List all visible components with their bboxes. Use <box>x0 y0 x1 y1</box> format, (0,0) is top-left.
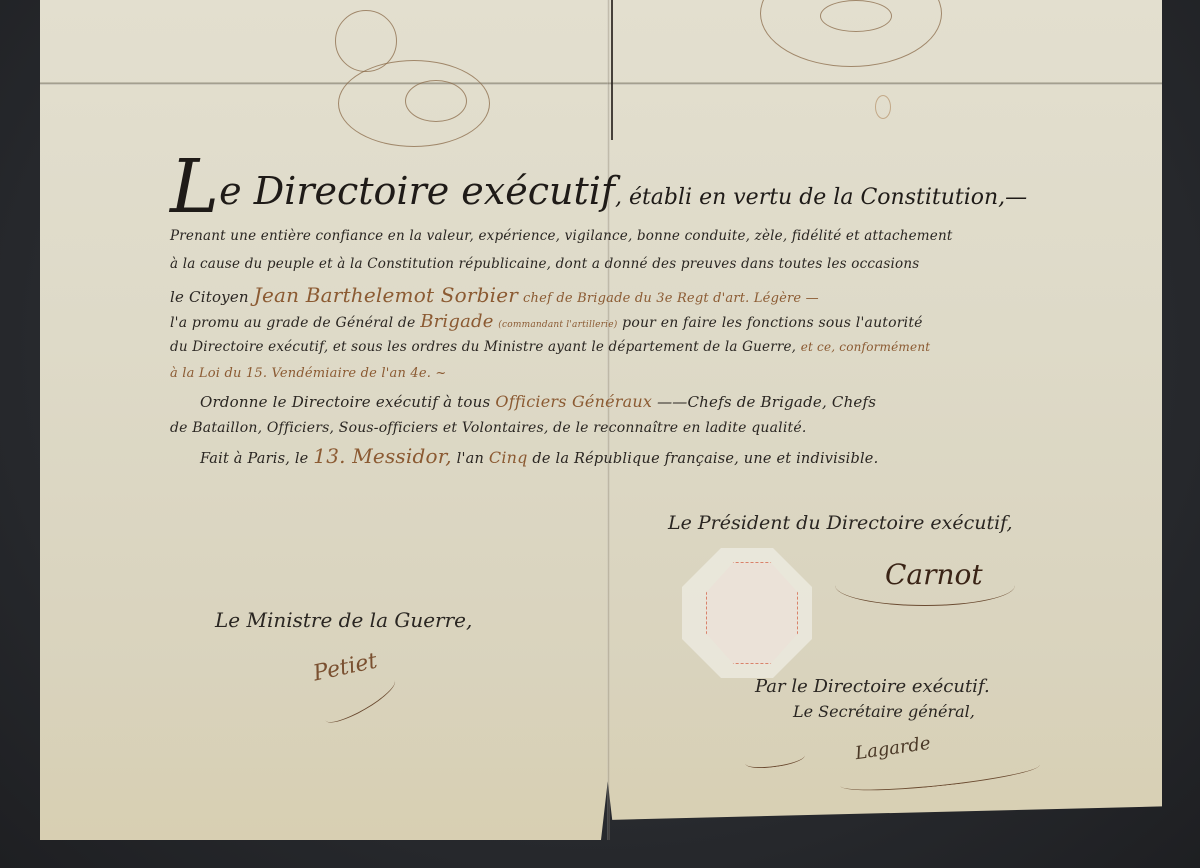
line-text: ——Chefs de Brigade, Chefs <box>657 393 876 411</box>
fold-ink-mark <box>611 0 613 140</box>
minister-label: Le Ministre de la Guerre, <box>215 608 472 632</box>
flourish-6-inner <box>405 80 467 122</box>
line-text: Prenant une entière confiance en la vale… <box>170 228 953 244</box>
promoted-rank: Brigade <box>420 311 493 332</box>
body-line-3: le Citoyen Jean Barthelemot Sorbier chef… <box>170 283 819 307</box>
body-line-4: l'a promu au grade de Général de Brigade… <box>170 311 923 332</box>
line-text: du Directoire exécutif, et sous les ordr… <box>170 339 796 355</box>
secretary-line-1: Par le Directoire exécutif. <box>755 676 990 697</box>
date-year: Cinq <box>489 448 528 467</box>
secretary-line-2: Le Secrétaire général, <box>793 702 975 721</box>
body-line-2: à la cause du peuple et à la Constitutio… <box>170 256 919 272</box>
horizontal-fold <box>40 82 1162 85</box>
rank-note: (commandant l'artillerie) <box>498 320 617 330</box>
line-text: pour en faire les fonctions sous l'autor… <box>622 315 922 331</box>
stain-mark <box>875 95 891 119</box>
flourish-right-inner <box>820 0 892 32</box>
body-line-7: Ordonne le Directoire exécutif à tous Of… <box>200 392 876 411</box>
handwritten-addition: et ce, conformément <box>801 340 931 354</box>
law-reference: à la Loi du 15. Vendémiaire de l'an 4e. … <box>170 366 446 381</box>
line-text: Ordonne le Directoire exécutif à tous <box>200 393 490 411</box>
line-text: le Citoyen <box>170 288 249 306</box>
body-line-6: à la Loi du 15. Vendémiaire de l'an 4e. … <box>170 363 446 381</box>
line-text: de Bataillon, Officiers, Sous-officiers … <box>170 420 806 436</box>
document-heading: Le Directoire exécutif, établi en vertu … <box>170 150 1027 224</box>
body-line-1: Prenant une entière confiance en la vale… <box>170 228 953 244</box>
line-text: Fait à Paris, le <box>200 451 308 467</box>
recipient-name: Jean Barthelemot Sorbier <box>254 283 518 307</box>
line-text: à la cause du peuple et à la Constitutio… <box>170 256 919 272</box>
heading-initial: L <box>170 144 219 230</box>
heading-rest: , établi en vertu de la Constitution,— <box>615 185 1027 210</box>
addressees: Officiers Généraux <box>495 392 652 411</box>
recipient-rank: chef de Brigade du 3e Regt d'art. Légère… <box>523 291 819 306</box>
date-day-month: 13. Messidor, <box>313 444 452 468</box>
body-line-8: de Bataillon, Officiers, Sous-officiers … <box>170 420 806 436</box>
body-line-9: Fait à Paris, le 13. Messidor, l'an Cinq… <box>200 444 878 468</box>
president-signature-flourish <box>835 565 1015 606</box>
president-label: Le Président du Directoire exécutif, <box>668 512 1013 534</box>
line-text: l'a promu au grade de Général de <box>170 315 416 331</box>
line-text: de la République française, une et indiv… <box>532 451 878 467</box>
body-line-5: du Directoire exécutif, et sous les ordr… <box>170 339 930 355</box>
heading-main: e Directoire exécutif <box>219 169 615 213</box>
line-text: l'an <box>457 451 484 467</box>
